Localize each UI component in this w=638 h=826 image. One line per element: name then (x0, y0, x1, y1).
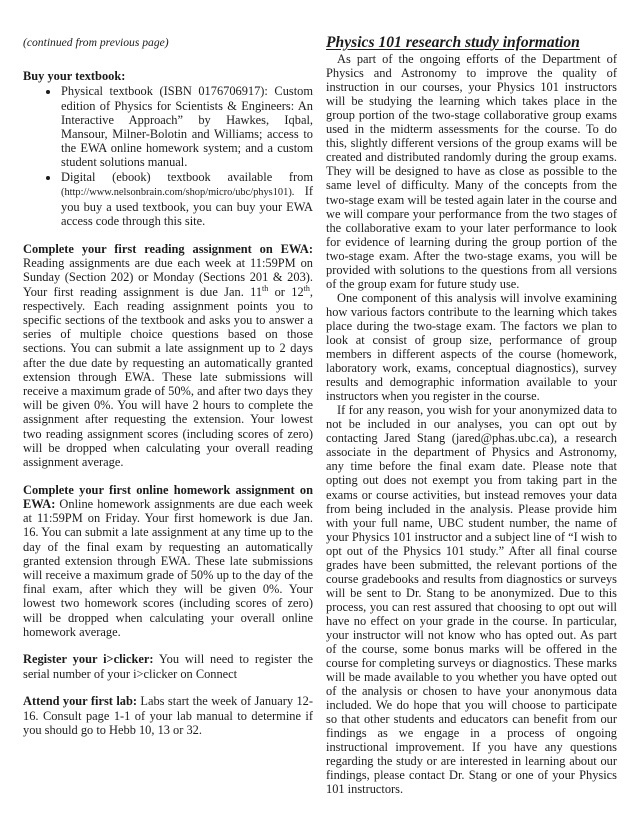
left-column: (continued from previous page) Buy your … (23, 36, 313, 797)
buy-textbook-heading: Buy your textbook: (23, 69, 313, 83)
textbook-url-text: (http://www.nelsonbrain.com/shop/micro/u… (61, 187, 294, 198)
reading-assignment-paragraph: Complete your first reading assignment o… (23, 242, 313, 469)
register-clicker-paragraph: Register your i>clicker: You will need t… (23, 652, 313, 680)
buy-textbook-heading-text: Buy your textbook: (23, 69, 125, 83)
homework-assignment-paragraph: Complete your first online homework assi… (23, 483, 313, 639)
study-info-title: Physics 101 research study information (326, 36, 617, 50)
list-item-digital-textbook: Digital (ebook) textbook available from … (60, 170, 313, 229)
first-lab-lead: Attend your first lab: (23, 694, 137, 708)
physical-textbook-text: Physical textbook (ISBN 0176706917): Cus… (61, 84, 313, 169)
continued-note: (continued from previous page) (23, 36, 313, 50)
homework-assignment-text: Online homework assignments are due each… (23, 497, 313, 639)
right-column: Physics 101 research study information A… (326, 36, 617, 797)
study-info-paragraph-3: If for any reason, you wish for your ano… (326, 403, 617, 796)
reading-assignment-text-2: or 12 (268, 285, 303, 299)
reading-assignment-lead: Complete your first reading assignment o… (23, 242, 313, 256)
first-lab-paragraph: Attend your first lab: Labs start the we… (23, 694, 313, 737)
study-info-paragraph-1: As part of the ongoing efforts of the De… (326, 52, 617, 291)
document-page: (continued from previous page) Buy your … (0, 0, 638, 797)
reading-assignment-text-3: , respectively. Each reading assignment … (23, 285, 313, 469)
digital-textbook-text: Digital (ebook) textbook available from (61, 170, 313, 184)
list-item-physical-textbook: Physical textbook (ISBN 0176706917): Cus… (60, 84, 313, 169)
textbook-list: Physical textbook (ISBN 0176706917): Cus… (23, 84, 313, 228)
register-clicker-lead: Register your i>clicker: (23, 652, 154, 666)
study-info-paragraph-2: One component of this analysis will invo… (326, 291, 617, 403)
